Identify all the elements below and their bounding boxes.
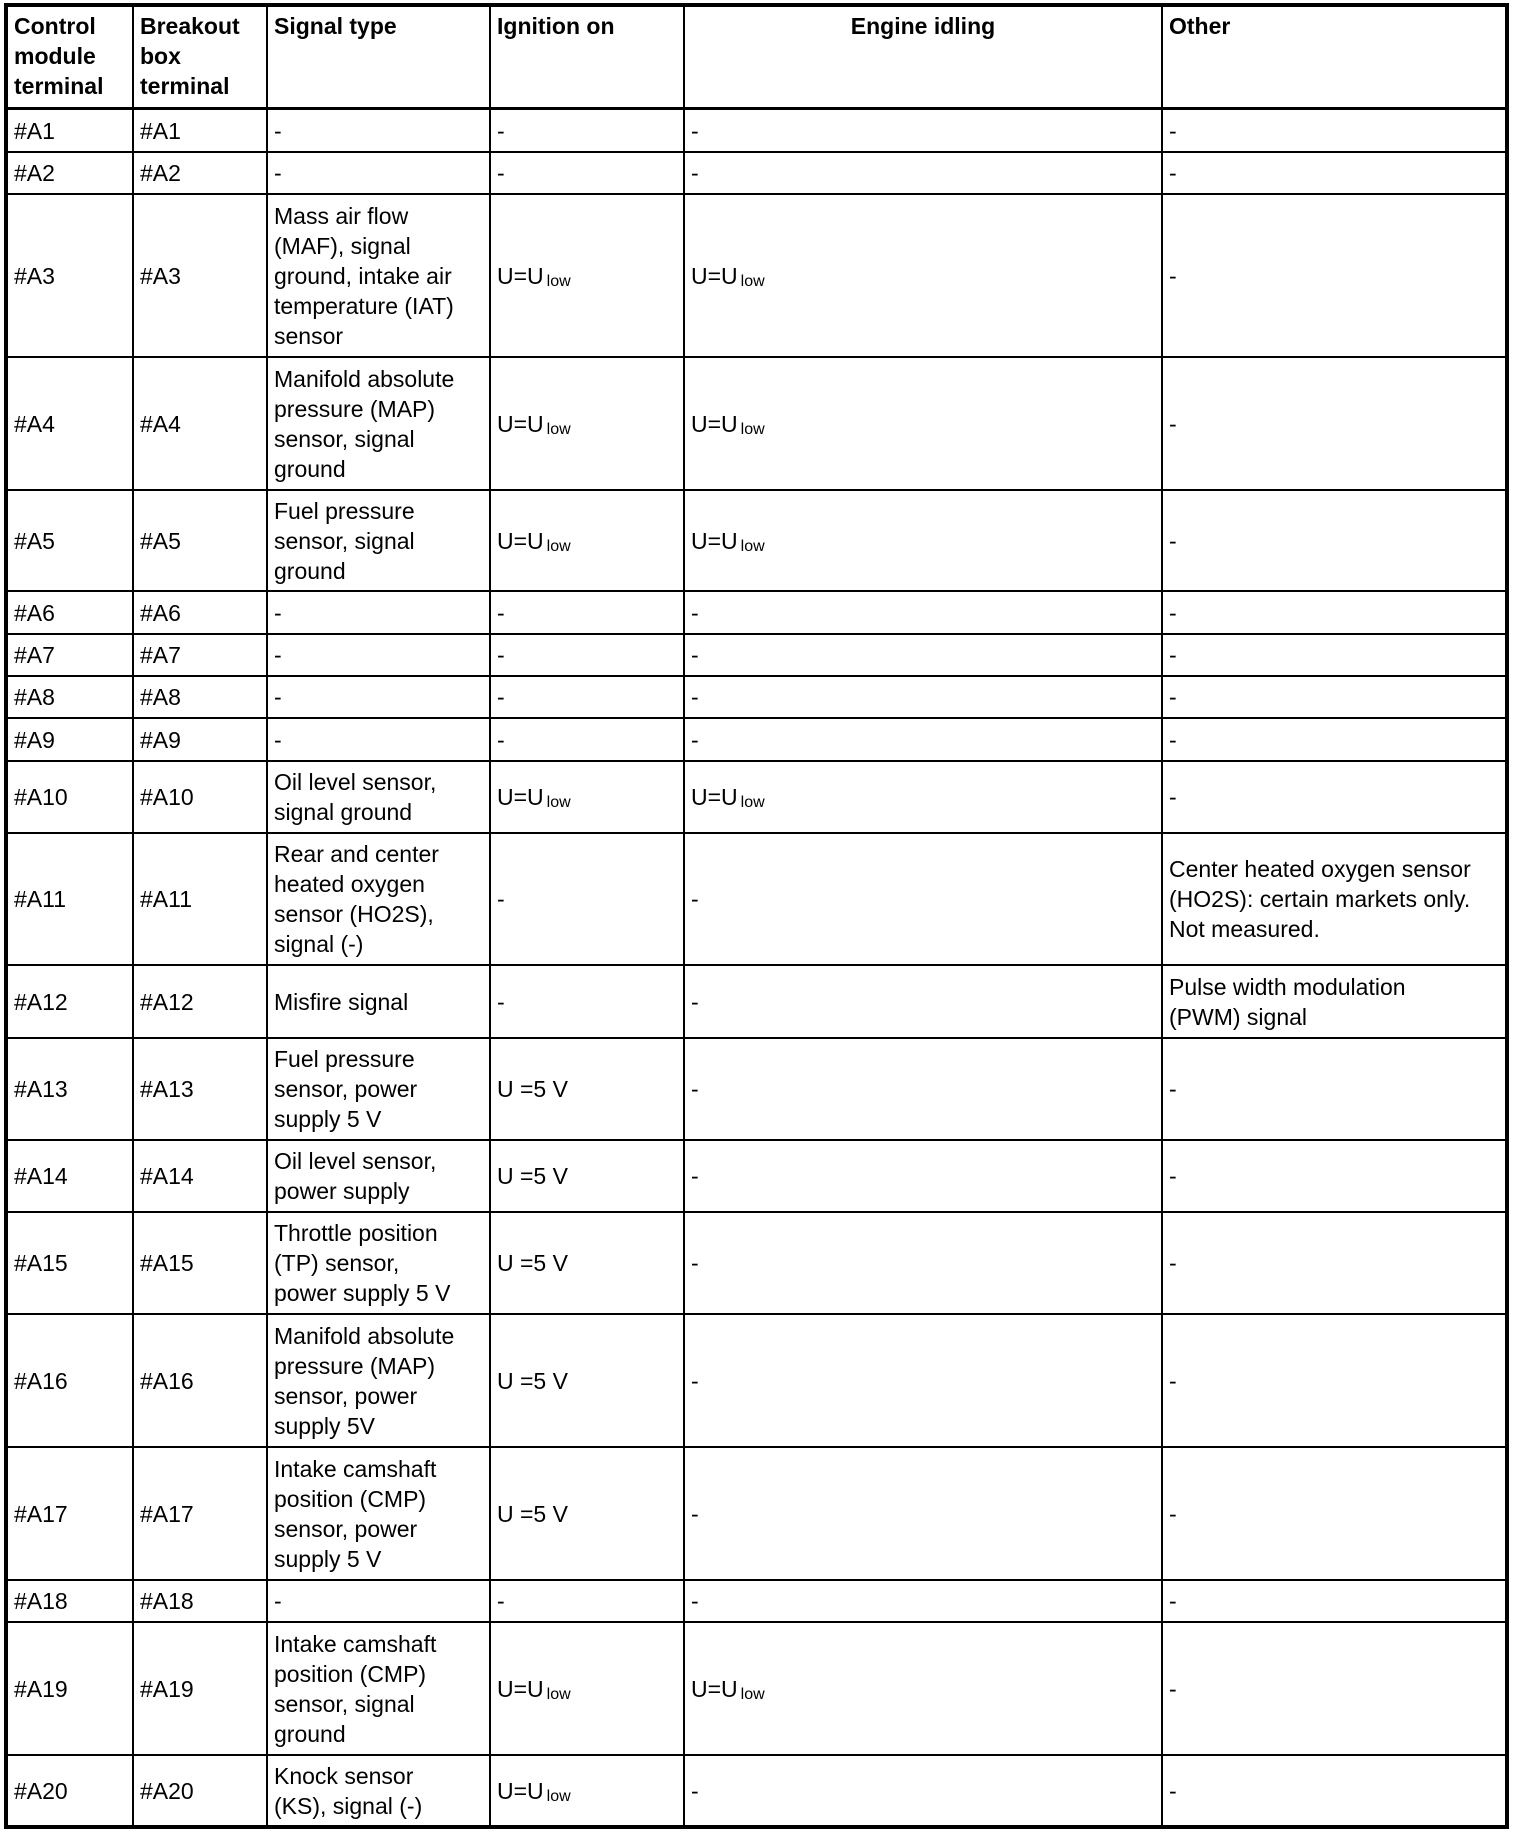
voltage-subscript: low [547,1782,571,1812]
voltage-value: U=U [691,409,738,439]
cell-control-module-terminal: #A19 [8,1623,134,1756]
cell-breakout-box-terminal: #A7 [134,635,268,677]
cell-ignition-on: - [491,719,685,762]
cell-signal-type: Intake camshaft position (CMP) sensor, s… [268,1623,491,1756]
voltage-subscript: low [741,415,765,445]
voltage-subscript: low [741,788,765,818]
cell-control-module-terminal: #A12 [8,966,134,1039]
cell-other: - [1163,1315,1505,1448]
voltage-value: U=U [691,1674,738,1704]
cell-other: - [1163,153,1505,195]
cell-ignition-on: U=Ulow [491,1623,685,1756]
cell-ignition-on: U =5 V [491,1141,685,1213]
cell-ignition-on: U=Ulow [491,491,685,592]
cell-breakout-box-terminal: #A4 [134,358,268,491]
cell-breakout-box-terminal: #A8 [134,677,268,719]
cell-signal-type: - [268,1581,491,1623]
cell-control-module-terminal: #A15 [8,1213,134,1315]
cell-ignition-on: U=Ulow [491,195,685,358]
cell-signal-type: Manifold absolute pressure (MAP) sensor,… [268,358,491,491]
cell-signal-type: - [268,719,491,762]
cell-engine-idling: - [685,677,1163,719]
cell-engine-idling: - [685,635,1163,677]
cell-other: - [1163,195,1505,358]
cell-ignition-on: U =5 V [491,1315,685,1448]
cell-engine-idling: - [685,1315,1163,1448]
cell-ignition-on: U=Ulow [491,1756,685,1825]
cell-control-module-terminal: #A2 [8,153,134,195]
cell-signal-type: Knock sensor (KS), signal (-) [268,1756,491,1825]
cell-breakout-box-terminal: #A2 [134,153,268,195]
cell-signal-type: - [268,153,491,195]
voltage-value: U=U [497,1674,544,1704]
cell-other: Pulse width modulation (PWM) signal [1163,966,1505,1039]
cell-breakout-box-terminal: #A13 [134,1039,268,1141]
voltage-subscript: low [547,267,571,297]
cell-ignition-on: - [491,966,685,1039]
cell-engine-idling: - [685,1039,1163,1141]
cell-other: Center heated oxygen sensor (HO2S): cert… [1163,834,1505,966]
cell-signal-type: - [268,592,491,635]
voltage-value: U=U [497,526,544,556]
header-control-module-terminal: Control module terminal [8,7,134,110]
cell-signal-type: Rear and center heated oxygen sensor (HO… [268,834,491,966]
cell-other: - [1163,1141,1505,1213]
cell-breakout-box-terminal: #A11 [134,834,268,966]
cell-control-module-terminal: #A1 [8,110,134,153]
cell-breakout-box-terminal: #A19 [134,1623,268,1756]
cell-engine-idling: U=Ulow [685,195,1163,358]
cell-breakout-box-terminal: #A20 [134,1756,268,1825]
cell-control-module-terminal: #A14 [8,1141,134,1213]
voltage-value: U=U [497,261,544,291]
voltage-subscript: low [547,1680,571,1710]
voltage-subscript: low [547,788,571,818]
cell-control-module-terminal: #A17 [8,1448,134,1581]
cell-engine-idling: - [685,834,1163,966]
cell-other: - [1163,719,1505,762]
cell-ignition-on: - [491,677,685,719]
voltage-value: U=U [691,526,738,556]
cell-breakout-box-terminal: #A5 [134,491,268,592]
cell-other: - [1163,592,1505,635]
cell-signal-type: Mass air flow (MAF), signal ground, inta… [268,195,491,358]
cell-signal-type: Oil level sensor, power supply [268,1141,491,1213]
cell-control-module-terminal: #A18 [8,1581,134,1623]
cell-other: - [1163,1756,1505,1825]
cell-ignition-on: - [491,834,685,966]
cell-signal-type: Manifold absolute pressure (MAP) sensor,… [268,1315,491,1448]
header-breakout-box-terminal: Breakout box terminal [134,7,268,110]
cell-breakout-box-terminal: #A3 [134,195,268,358]
cell-ignition-on: - [491,592,685,635]
cell-other: - [1163,1448,1505,1581]
cell-breakout-box-terminal: #A10 [134,762,268,834]
voltage-value: U=U [497,409,544,439]
cell-control-module-terminal: #A7 [8,635,134,677]
cell-control-module-terminal: #A10 [8,762,134,834]
cell-control-module-terminal: #A16 [8,1315,134,1448]
cell-engine-idling: U=Ulow [685,762,1163,834]
cell-breakout-box-terminal: #A15 [134,1213,268,1315]
cell-control-module-terminal: #A8 [8,677,134,719]
cell-other: - [1163,110,1505,153]
cell-breakout-box-terminal: #A17 [134,1448,268,1581]
cell-engine-idling: - [685,592,1163,635]
cell-other: - [1163,1623,1505,1756]
cell-engine-idling: - [685,1141,1163,1213]
cell-other: - [1163,762,1505,834]
cell-engine-idling: U=Ulow [685,491,1163,592]
cell-ignition-on: - [491,153,685,195]
cell-ignition-on: U =5 V [491,1448,685,1581]
cell-control-module-terminal: #A6 [8,592,134,635]
voltage-subscript: low [741,532,765,562]
cell-other: - [1163,358,1505,491]
cell-breakout-box-terminal: #A6 [134,592,268,635]
cell-ignition-on: U =5 V [491,1039,685,1141]
cell-breakout-box-terminal: #A12 [134,966,268,1039]
header-ignition-on: Ignition on [491,7,685,110]
cell-breakout-box-terminal: #A1 [134,110,268,153]
cell-control-module-terminal: #A20 [8,1756,134,1825]
cell-control-module-terminal: #A3 [8,195,134,358]
voltage-value: U=U [497,1776,544,1806]
voltage-subscript: low [547,532,571,562]
voltage-value: U=U [691,261,738,291]
voltage-subscript: low [547,415,571,445]
cell-other: - [1163,1039,1505,1141]
cell-signal-type: - [268,677,491,719]
cell-engine-idling: - [685,966,1163,1039]
cell-engine-idling: - [685,110,1163,153]
cell-ignition-on: U=Ulow [491,762,685,834]
cell-engine-idling: - [685,719,1163,762]
cell-other: - [1163,1213,1505,1315]
cell-ignition-on: - [491,635,685,677]
cell-engine-idling: U=Ulow [685,358,1163,491]
cell-control-module-terminal: #A4 [8,358,134,491]
cell-breakout-box-terminal: #A9 [134,719,268,762]
cell-signal-type: Misfire signal [268,966,491,1039]
cell-other: - [1163,491,1505,592]
cell-control-module-terminal: #A11 [8,834,134,966]
cell-control-module-terminal: #A9 [8,719,134,762]
header-other: Other [1163,7,1505,110]
cell-signal-type: Fuel pressure sensor, signal ground [268,491,491,592]
cell-other: - [1163,1581,1505,1623]
cell-ignition-on: - [491,1581,685,1623]
cell-ignition-on: U =5 V [491,1213,685,1315]
cell-breakout-box-terminal: #A16 [134,1315,268,1448]
cell-breakout-box-terminal: #A14 [134,1141,268,1213]
cell-control-module-terminal: #A13 [8,1039,134,1141]
cell-ignition-on: - [491,110,685,153]
voltage-value: U=U [497,782,544,812]
cell-engine-idling: - [685,1448,1163,1581]
header-engine-idling: Engine idling [685,7,1163,110]
voltage-value: U=U [691,782,738,812]
cell-signal-type: - [268,635,491,677]
header-signal-type: Signal type [268,7,491,110]
cell-engine-idling: - [685,1756,1163,1825]
cell-engine-idling: - [685,1213,1163,1315]
cell-signal-type: Fuel pressure sensor, power supply 5 V [268,1039,491,1141]
voltage-subscript: low [741,1680,765,1710]
cell-engine-idling: - [685,153,1163,195]
cell-engine-idling: - [685,1581,1163,1623]
cell-control-module-terminal: #A5 [8,491,134,592]
terminal-measurement-table: Control module terminalBreakout box term… [4,3,1509,1829]
cell-signal-type: Intake camshaft position (CMP) sensor, p… [268,1448,491,1581]
cell-other: - [1163,635,1505,677]
cell-signal-type: Throttle position (TP) sensor, power sup… [268,1213,491,1315]
cell-ignition-on: U=Ulow [491,358,685,491]
cell-engine-idling: U=Ulow [685,1623,1163,1756]
cell-other: - [1163,677,1505,719]
cell-signal-type: Oil level sensor, signal ground [268,762,491,834]
cell-signal-type: - [268,110,491,153]
voltage-subscript: low [741,267,765,297]
cell-breakout-box-terminal: #A18 [134,1581,268,1623]
